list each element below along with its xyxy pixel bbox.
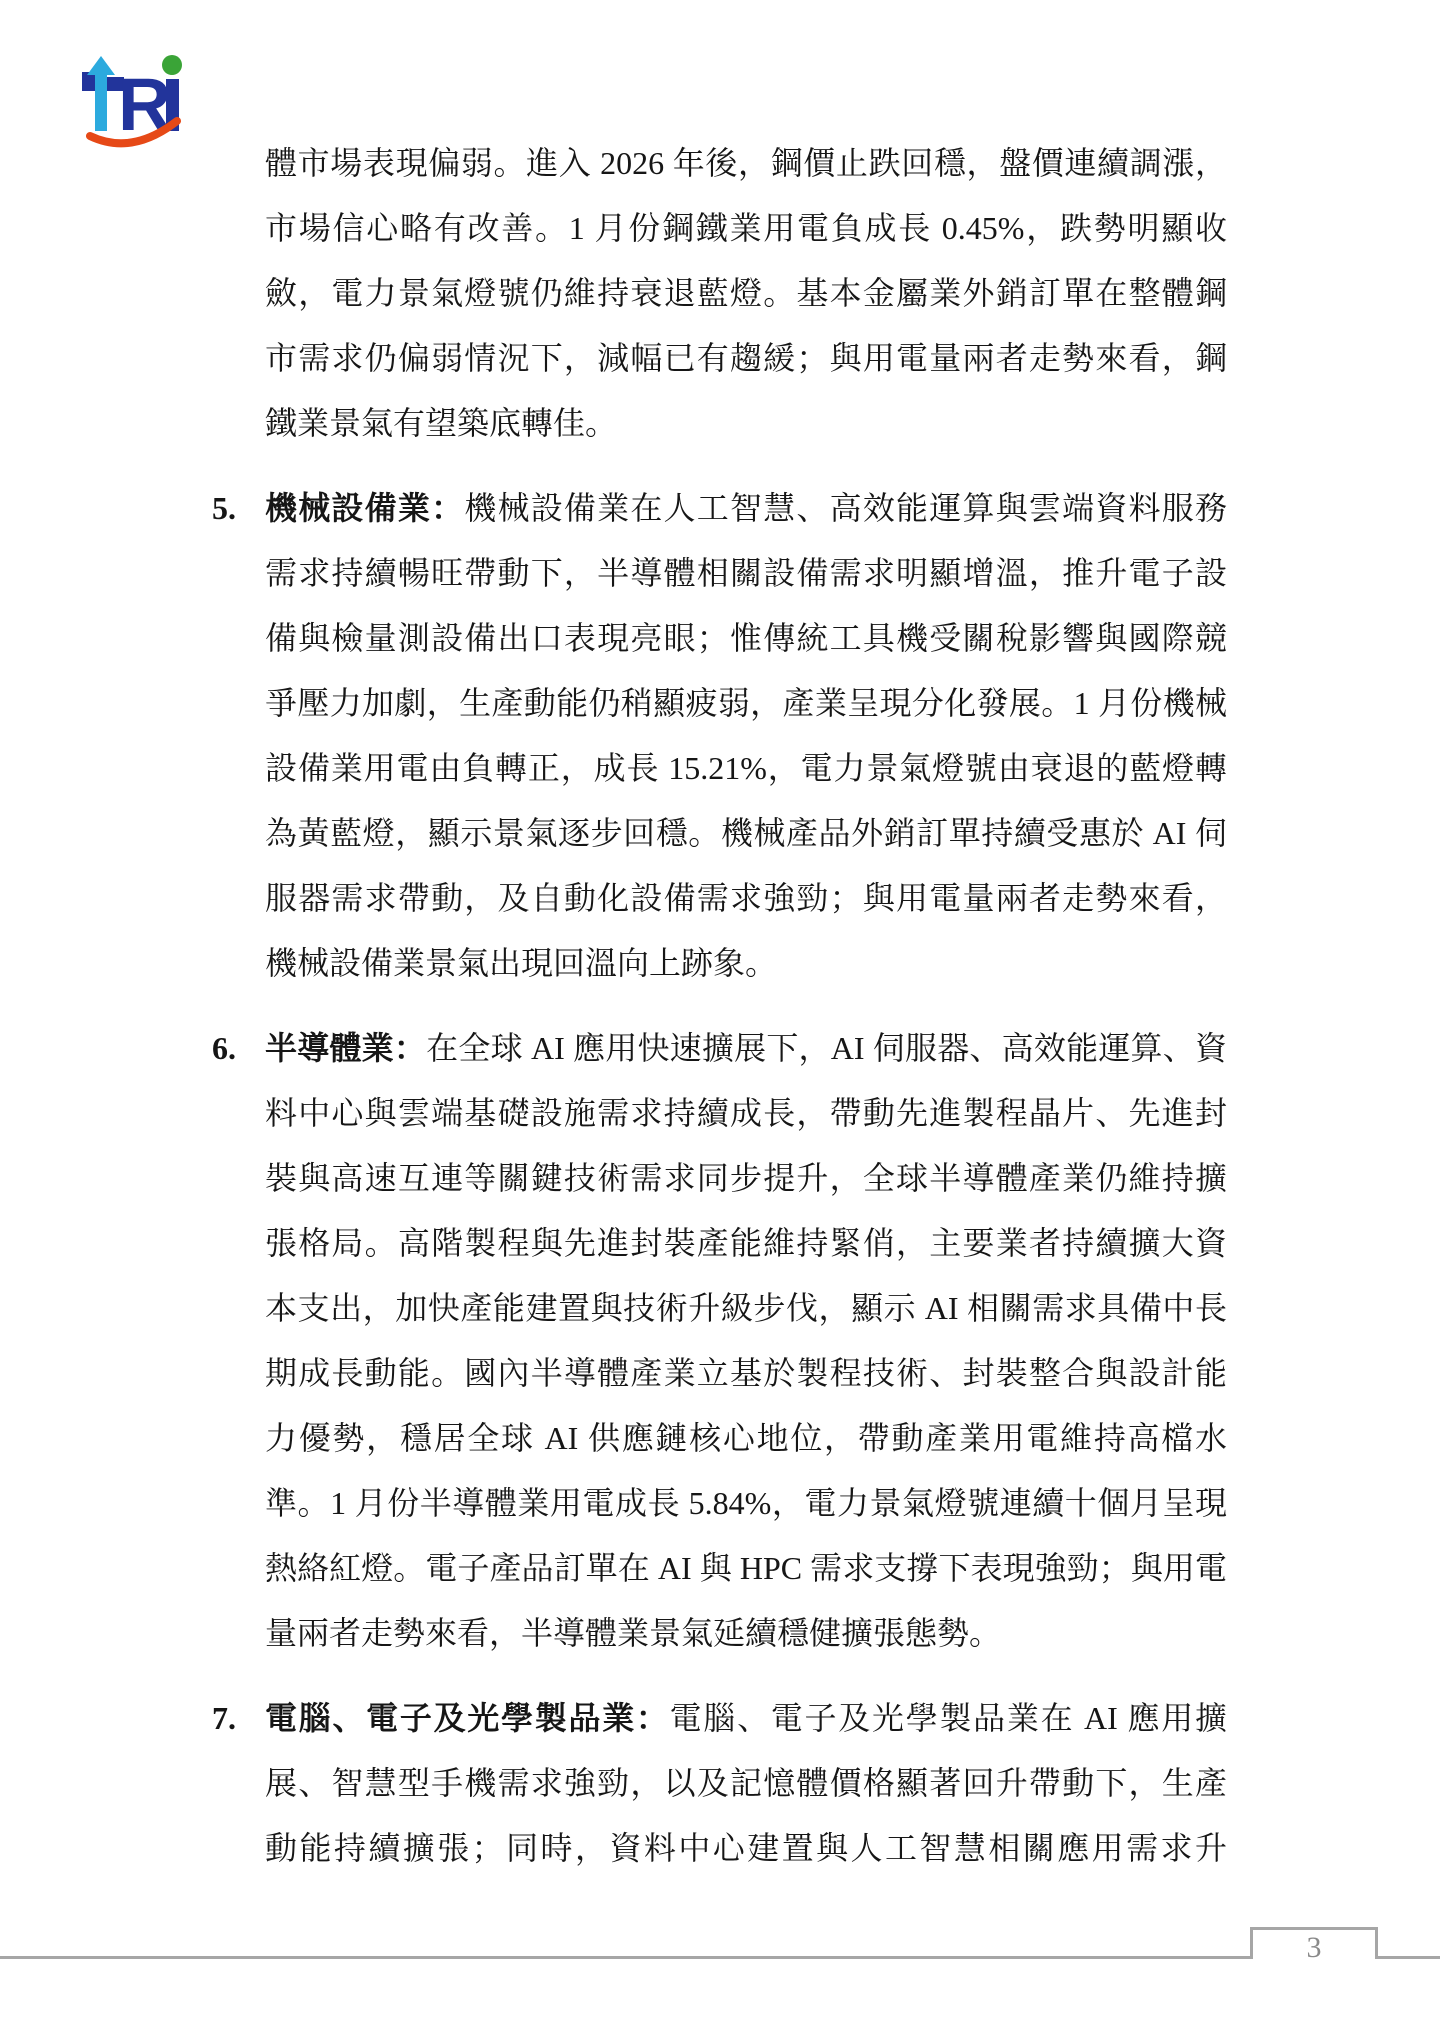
text-line: 張格局。高階製程與先進封裝產能維持緊俏，主要業者持續擴大資	[265, 1211, 1227, 1276]
text-line: 力優勢，穩居全球 AI 供應鏈核心地位，帶動產業用電維持高檔水	[265, 1406, 1227, 1471]
list-item-computer-electronics: 7. 電腦、電子及光學製品業：電腦、電子及光學製品業在 AI 應用擴 展、智慧型…	[265, 1686, 1227, 1881]
text-line: 市需求仍偏弱情況下，減幅已有趨緩；與用電量兩者走勢來看，鋼	[265, 326, 1227, 391]
item-number: 7.	[212, 1686, 258, 1751]
list-item-semiconductor: 6. 半導體業：在全球 AI 應用快速擴展下，AI 伺服器、高效能運算、資 料中…	[265, 1016, 1227, 1666]
footer-rule-right	[1378, 1956, 1440, 1959]
text-line: 量兩者走勢來看，半導體業景氣延續穩健擴張態勢。	[265, 1601, 1227, 1666]
text-line: 市場信心略有改善。1 月份鋼鐵業用電負成長 0.45%，跌勢明顯收	[265, 196, 1227, 261]
text-line: 為黃藍燈，顯示景氣逐步回穩。機械產品外銷訂單持續受惠於 AI 伺	[265, 801, 1227, 866]
item-number: 5.	[212, 476, 258, 541]
text-line: 料中心與雲端基礎設施需求持續成長，帶動先進製程晶片、先進封	[265, 1081, 1227, 1146]
logo-green-dot-icon	[162, 55, 182, 75]
text-line: 爭壓力加劇，生產動能仍稍顯疲弱，產業呈現分化發展。1 月份機械	[265, 671, 1227, 736]
text-line: 裝與高速互連等關鍵技術需求同步提升，全球半導體產業仍維持擴	[265, 1146, 1227, 1211]
item-heading: 半導體業：	[265, 1030, 426, 1066]
text-line: 準。1 月份半導體業用電成長 5.84%，電力景氣燈號連續十個月呈現	[265, 1471, 1227, 1536]
text-line: 鐵業景氣有望築底轉佳。	[265, 391, 1227, 456]
text-line: 體市場表現偏弱。進入 2026 年後，鋼價止跌回穩，盤價連續調漲，	[265, 131, 1227, 196]
text-line: 期成長動能。國內半導體產業立基於製程技術、封裝整合與設計能	[265, 1341, 1227, 1406]
text-line: 機械設備業景氣出現回溫向上跡象。	[265, 931, 1227, 996]
document-body: 體市場表現偏弱。進入 2026 年後，鋼價止跌回穩，盤價連續調漲， 市場信心略有…	[265, 131, 1227, 1881]
tri-logo-graphic: R	[80, 50, 186, 154]
logo-arrow-icon	[87, 56, 115, 131]
text-line: 需求持續暢旺帶動下，半導體相關設備需求明顯增溫，推升電子設	[265, 541, 1227, 606]
page-footer: 3	[0, 1927, 1440, 1959]
tri-logo: R	[80, 50, 186, 154]
text-line: 設備業用電由負轉正，成長 15.21%，電力景氣燈號由衰退的藍燈轉	[265, 736, 1227, 801]
text-line: 展、智慧型手機需求強勁，以及記憶體價格顯著回升帶動下，生產	[265, 1751, 1227, 1816]
item-heading: 電腦、電子及光學製品業：	[265, 1700, 670, 1736]
text-line: 動能持續擴張；同時，資料中心建置與人工智慧相關應用需求升	[265, 1816, 1227, 1881]
item-heading: 機械設備業：	[265, 490, 464, 526]
list-item-machinery: 5. 機械設備業：機械設備業在人工智慧、高效能運算與雲端資料服務 需求持續暢旺帶…	[265, 476, 1227, 996]
text-line: 熱絡紅燈。電子產品訂單在 AI 與 HPC 需求支撐下表現強勁；與用電	[265, 1536, 1227, 1601]
text-line: 本支出，加快產能建置與技術升級步伐，顯示 AI 相關需求具備中長	[265, 1276, 1227, 1341]
item-first-line-text: 在全球 AI 應用快速擴展下，AI 伺服器、高效能運算、資	[426, 1030, 1227, 1066]
item-number: 6.	[212, 1016, 258, 1081]
text-line: 服器需求帶動，及自動化設備需求強勁；與用電量兩者走勢來看，	[265, 866, 1227, 931]
text-line: 機械設備業：機械設備業在人工智慧、高效能運算與雲端資料服務	[265, 476, 1227, 541]
text-line: 電腦、電子及光學製品業：電腦、電子及光學製品業在 AI 應用擴	[265, 1686, 1227, 1751]
paragraph-continuation: 體市場表現偏弱。進入 2026 年後，鋼價止跌回穩，盤價連續調漲， 市場信心略有…	[265, 131, 1227, 456]
item-first-line-text: 電腦、電子及光學製品業在 AI 應用擴	[670, 1700, 1227, 1736]
item-first-line-text: 機械設備業在人工智慧、高效能運算與雲端資料服務	[464, 490, 1227, 526]
text-line: 半導體業：在全球 AI 應用快速擴展下，AI 伺服器、高效能運算、資	[265, 1016, 1227, 1081]
text-line: 備與檢量測設備出口表現亮眼；惟傳統工具機受關稅影響與國際競	[265, 606, 1227, 671]
page-number-tab: 3	[1250, 1927, 1378, 1959]
page-number: 3	[1307, 1933, 1322, 1963]
footer-rule-left	[0, 1956, 1250, 1959]
text-line: 斂，電力景氣燈號仍維持衰退藍燈。基本金屬業外銷訂單在整體鋼	[265, 261, 1227, 326]
